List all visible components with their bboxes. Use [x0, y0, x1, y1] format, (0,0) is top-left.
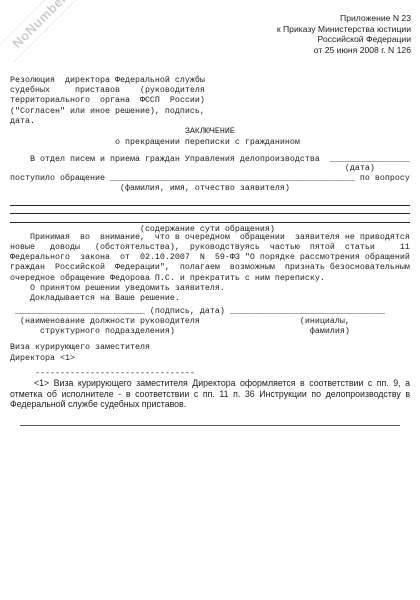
- resolution-note-line: дата.: [10, 116, 410, 126]
- conclusion-title: ЗАКЛЮЧЕНИЕ: [10, 126, 410, 136]
- footnote-line: Федеральной службе судебных приставов.: [10, 399, 410, 409]
- visa-note-line: Виза курирующего заместителя: [10, 342, 410, 352]
- fill-in-rule: [10, 197, 410, 206]
- body-paragraph-line: Принимая во внимание, что в очередном об…: [10, 233, 410, 241]
- applicant-line-with-blank: поступило обращение ____________________…: [10, 173, 410, 183]
- conclusion-subtitle: о прекращении переписки с гражданином: [10, 137, 410, 147]
- applicant-caption: (фамилия, имя, отчество заявителя): [10, 183, 410, 193]
- signature-line: __________________________ (подпись, дат…: [10, 306, 410, 316]
- body-paragraph-line: О принятом решении уведомить заявителя.: [10, 283, 410, 293]
- content-fill-lines: [10, 197, 410, 223]
- resolution-note-line: территориального органа ФССП России): [10, 95, 410, 105]
- body-paragraph-line: новые доводы (обстоятельства), руководст…: [10, 242, 410, 252]
- footnote-separator: --------------------------------: [10, 368, 410, 378]
- fill-in-rule: [10, 206, 410, 215]
- order-reference: к Приказу Министерства юстиции: [0, 24, 411, 35]
- order-reference-2: Российской Федерации: [0, 34, 411, 45]
- body-paragraph-line: Федерального закона от 02.10.2007 N 59-Ф…: [10, 252, 410, 262]
- page-bottom-rule: [20, 425, 400, 426]
- body-paragraph-line: Докладывается на Ваше решение.: [10, 293, 410, 303]
- footnote-line: <1> Виза курирующего заместителя Директо…: [10, 378, 410, 388]
- visa-note-line: Директора <1>: [10, 353, 410, 363]
- signature-caption: структурного подразделения) фамилия): [10, 326, 410, 336]
- resolution-note-line: судебных приставов (руководителя: [10, 85, 410, 95]
- date-caption: (дата): [10, 164, 410, 172]
- footnote: <1> Виза курирующего заместителя Директо…: [10, 378, 410, 409]
- signature-caption: (наименование должности руководителя (ин…: [10, 316, 410, 326]
- appendix-header: Приложение N 23 к Приказу Министерства ю…: [0, 13, 411, 56]
- resolution-note-line: ("Согласен" или иное решение), подпись,: [10, 106, 410, 116]
- resolution-note-line: Резолюция директора Федеральной службы: [10, 75, 410, 85]
- footnote-line: отметка об исполнителе - в соответствии …: [10, 389, 410, 399]
- body-paragraph-line: граждан Российской Федерации", полагаем …: [10, 262, 410, 272]
- form-body: Резолюция директора Федеральной службы с…: [10, 75, 410, 379]
- fill-in-rule: [10, 214, 410, 223]
- document-page: NoNumber.ru Приложение N 23 к Приказу Ми…: [0, 0, 420, 600]
- body-paragraph-line: очередное обращение Федорова П.С. и прек…: [10, 273, 410, 283]
- order-date-number: от 25 июня 2008 г. N 126: [0, 45, 411, 56]
